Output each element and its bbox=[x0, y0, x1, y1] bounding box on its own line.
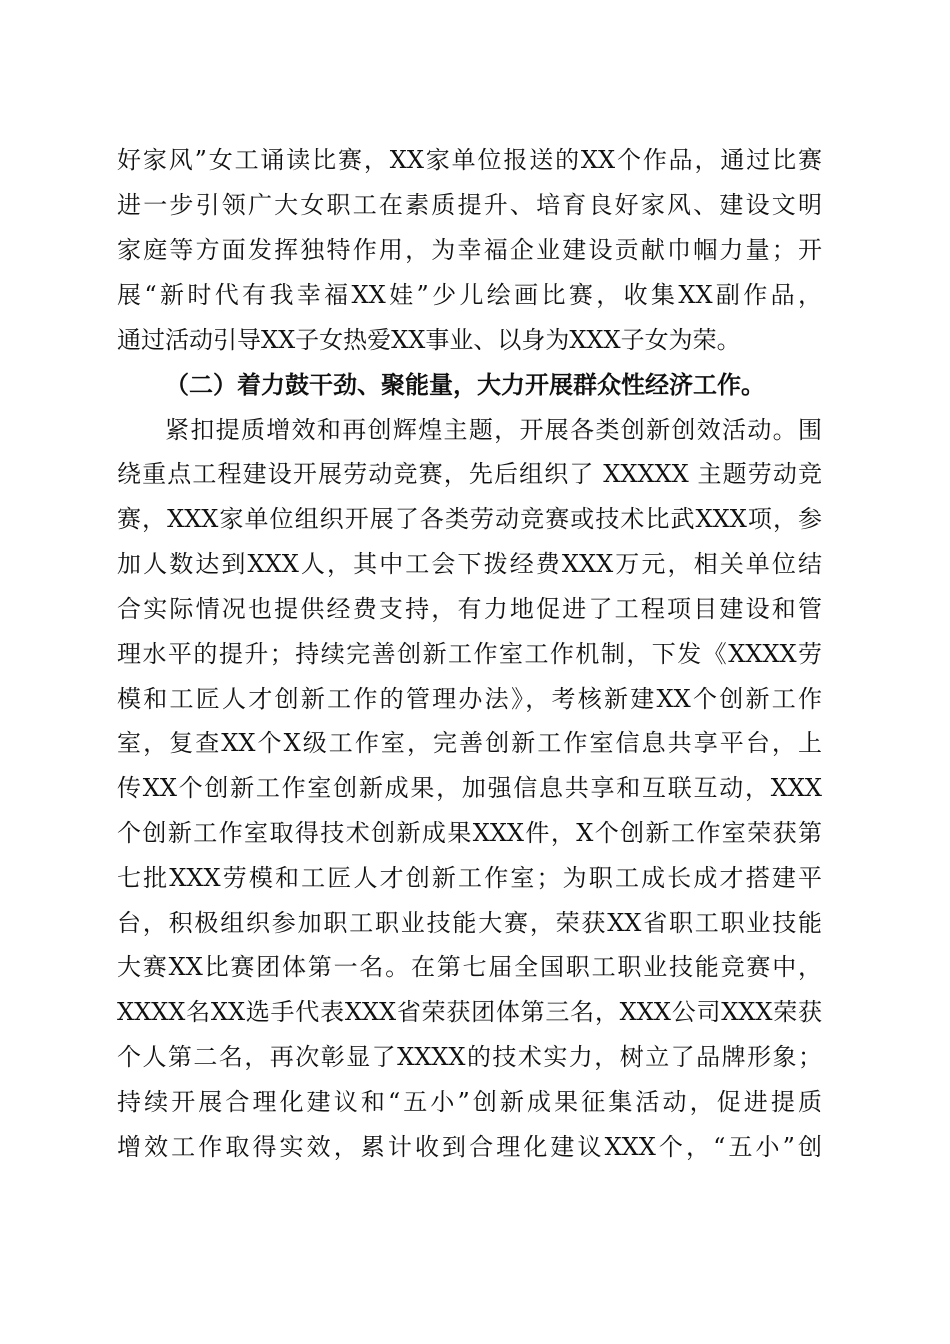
paragraph-line: 赛，XXX家单位组织开展了各类劳动竞赛或技术比武XXX项，参 bbox=[117, 504, 822, 534]
paragraph-line: 个人第二名，再次彰显了XXXX的技术实力，树立了品牌形象； bbox=[117, 1042, 822, 1072]
paragraph-line: 传XX个创新工作室创新成果，加强信息共享和互联互动，XXX bbox=[117, 773, 822, 803]
paragraph-line: 展“新时代有我幸福XX娃”少儿绘画比赛，收集XX副作品， bbox=[117, 280, 822, 310]
paragraph-line: 通过活动引导XX子女热爱XX事业、以身为XXX子女为荣。 bbox=[117, 325, 822, 355]
paragraph-line: 个创新工作室取得技术创新成果XXX件，X个创新工作室荣获第 bbox=[117, 818, 822, 848]
paragraph-line: 进一步引领广大女职工在素质提升、培育良好家风、建设文明 bbox=[117, 190, 822, 220]
paragraph-line: 持续开展合理化建议和“五小”创新成果征集活动，促进提质 bbox=[117, 1087, 822, 1117]
paragraph-line: 模和工匠人才创新工作的管理办法》，考核新建XX个创新工作 bbox=[117, 684, 822, 714]
paragraph-line: 增效工作取得实效，累计收到合理化建议XXX个，“五小”创 bbox=[117, 1132, 822, 1162]
paragraph-line: 七批XXX劳模和工匠人才创新工作室；为职工成长成才搭建平 bbox=[117, 863, 822, 893]
paragraph-line: 理水平的提升；持续完善创新工作室工作机制，下发《XXXX劳 bbox=[117, 639, 822, 669]
paragraph-line: 紧扣提质增效和再创辉煌主题，开展各类创新创效活动。围 bbox=[165, 415, 822, 445]
paragraph-line: 好家风”女工诵读比赛，XX家单位报送的XX个作品，通过比赛 bbox=[117, 145, 822, 175]
paragraph-line: 室，复查XX个X级工作室，完善创新工作室信息共享平台，上 bbox=[117, 728, 822, 758]
paragraph-line: 大赛XX比赛团体第一名。在第七届全国职工职业技能竞赛中， bbox=[117, 952, 822, 982]
paragraph-line: 合实际情况也提供经费支持，有力地促进了工程项目建设和管 bbox=[117, 594, 822, 624]
section-heading: （二）着力鼓干劲、聚能量，大力开展群众性经济工作。 bbox=[165, 370, 785, 400]
paragraph-line: 加人数达到XXX人，其中工会下拨经费XXX万元，相关单位结 bbox=[117, 549, 822, 579]
document-page: 好家风”女工诵读比赛，XX家单位报送的XX个作品，通过比赛 进一步引领广大女职工… bbox=[0, 0, 950, 1344]
paragraph-line: XXXX名XX选手代表XXX省荣获团体第三名，XXX公司XXX荣获 bbox=[117, 997, 822, 1027]
paragraph-line: 家庭等方面发挥独特作用，为幸福企业建设贡献巾帼力量；开 bbox=[117, 235, 822, 265]
paragraph-line: 绕重点工程建设开展劳动竞赛，先后组织了 XXXXX 主题劳动竞 bbox=[117, 459, 822, 489]
paragraph-line: 台，积极组织参加职工职业技能大赛，荣获XX省职工职业技能 bbox=[117, 908, 822, 938]
